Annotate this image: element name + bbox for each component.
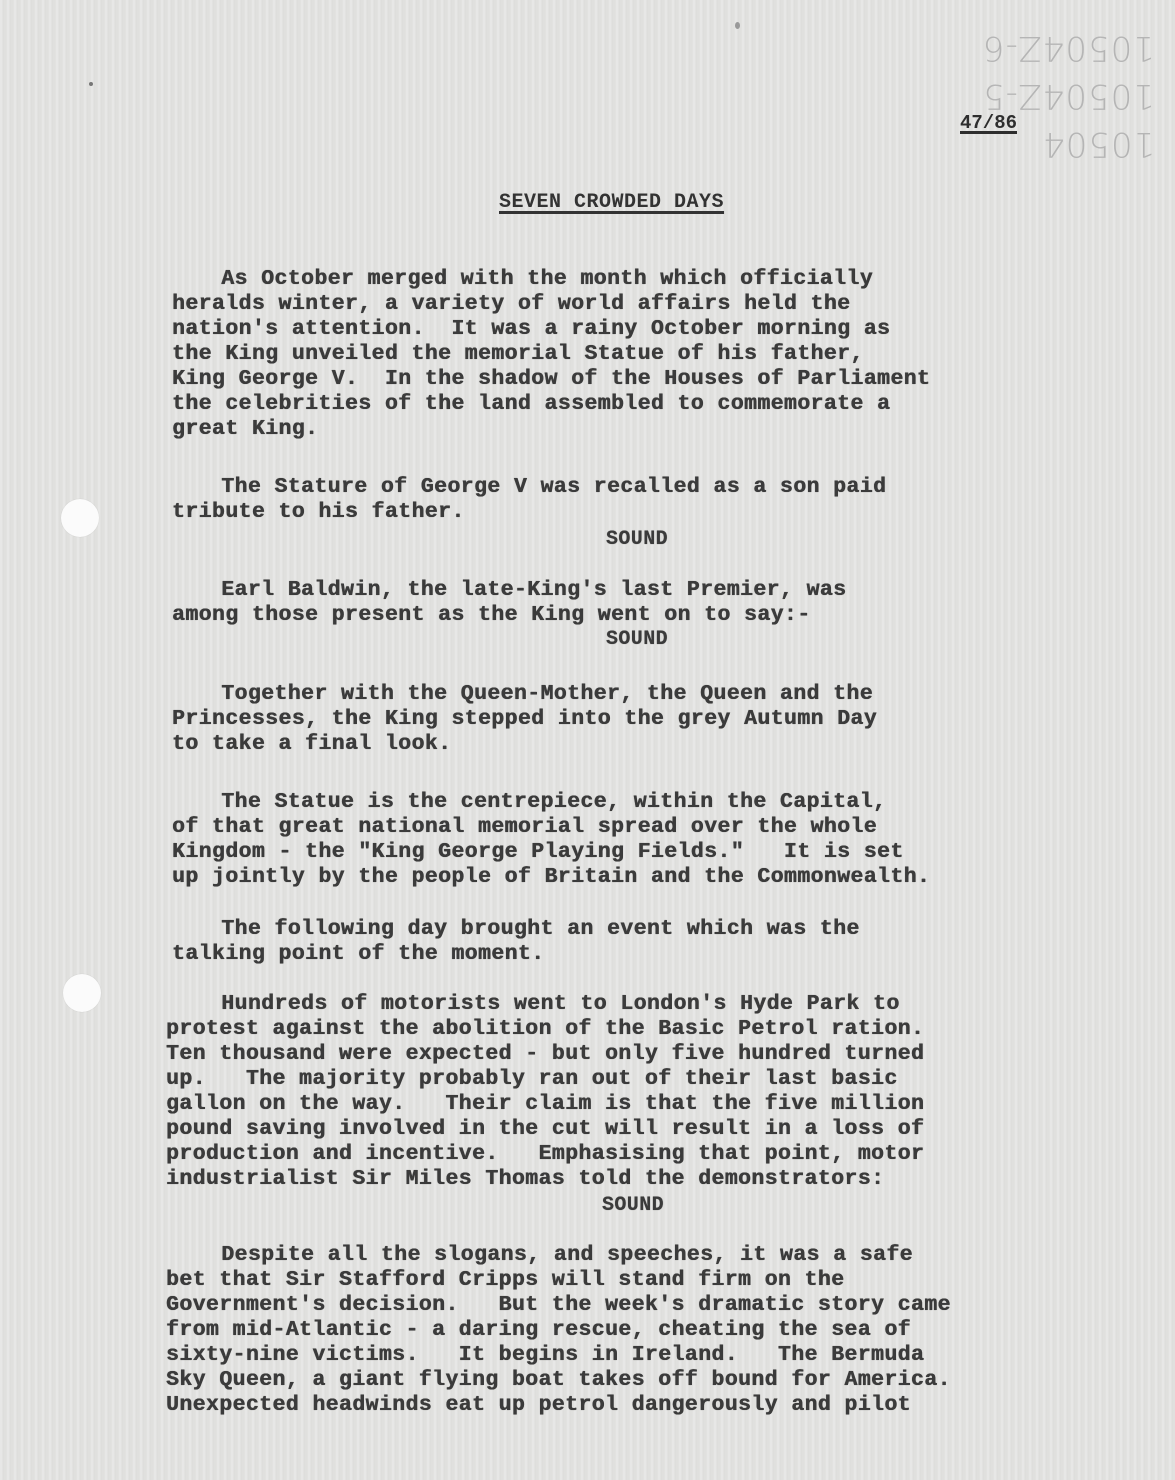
text-line: The Statue is the centrepiece, within th…	[168, 790, 886, 814]
text-line: among those present as the King went on …	[172, 603, 811, 627]
text-line: nation's attention. It was a rainy Octob…	[172, 317, 890, 341]
typewritten-document-page: 10504Z-6 10504Z-5 10504 47/86 SEVEN CROW…	[0, 0, 1175, 1480]
text-line: Government's decision. But the week's dr…	[166, 1293, 951, 1317]
text-line: pound saving involved in the cut will re…	[166, 1117, 924, 1141]
archive-reference-3: 10504	[1042, 124, 1155, 164]
sound-cue: SOUND	[606, 528, 668, 551]
sound-cue: SOUND	[602, 1194, 664, 1217]
text-line: bet that Sir Stafford Cripps will stand …	[166, 1268, 844, 1292]
text-line: from mid-Atlantic - a daring rescue, che…	[166, 1318, 911, 1342]
text-line: The Stature of George V was recalled as …	[168, 475, 886, 499]
text-line: up. The majority probably ran out of the…	[166, 1067, 898, 1091]
text-line: Earl Baldwin, the late-King's last Premi…	[168, 578, 846, 602]
text-line: Together with the Queen-Mother, the Quee…	[168, 682, 873, 706]
text-line: Sky Queen, a giant flying boat takes off…	[166, 1368, 951, 1392]
text-line: the King unveiled the memorial Statue of…	[172, 342, 864, 366]
punch-hole-top	[61, 499, 99, 537]
sound-cue: SOUND	[606, 628, 668, 651]
archive-reference-1: 10504Z-6	[982, 28, 1155, 68]
text-line: gallon on the way. Their claim is that t…	[166, 1092, 924, 1116]
text-line: tribute to his father.	[172, 500, 465, 524]
text-line: King George V. In the shadow of the Hous…	[172, 367, 930, 391]
page-number: 47/86	[960, 112, 1017, 134]
text-line: of that great national memorial spread o…	[172, 815, 877, 839]
text-line: to take a final look.	[172, 732, 451, 756]
punch-hole-bottom	[63, 974, 101, 1012]
text-line: great King.	[172, 417, 318, 441]
text-line: As October merged with the month which o…	[168, 267, 873, 291]
text-line: industrialist Sir Miles Thomas told the …	[166, 1167, 884, 1191]
text-line: Ten thousand were expected - but only fi…	[166, 1042, 924, 1066]
text-line: Unexpected headwinds eat up petrol dange…	[166, 1393, 911, 1417]
text-line: talking point of the moment.	[172, 942, 544, 966]
text-line: Princesses, the King stepped into the gr…	[172, 707, 877, 731]
ink-speck	[735, 22, 740, 29]
ink-speck	[89, 82, 93, 86]
text-line: the celebrities of the land assembled to…	[172, 392, 890, 416]
text-line: Kingdom - the "King George Playing Field…	[172, 840, 904, 864]
document-title: SEVEN CROWDED DAYS	[499, 191, 724, 214]
text-line: sixty-nine victims. It begins in Ireland…	[166, 1343, 924, 1367]
text-line: heralds winter, a variety of world affai…	[172, 292, 850, 316]
text-line: The following day brought an event which…	[168, 917, 860, 941]
text-line: production and incentive. Emphasising th…	[166, 1142, 924, 1166]
text-line: up jointly by the people of Britain and …	[172, 865, 930, 889]
archive-reference-2: 10504Z-5	[982, 76, 1155, 116]
text-line: Despite all the slogans, and speeches, i…	[168, 1243, 913, 1267]
text-line: protest against the abolition of the Bas…	[166, 1017, 924, 1041]
text-line: Hundreds of motorists went to London's H…	[168, 992, 900, 1016]
